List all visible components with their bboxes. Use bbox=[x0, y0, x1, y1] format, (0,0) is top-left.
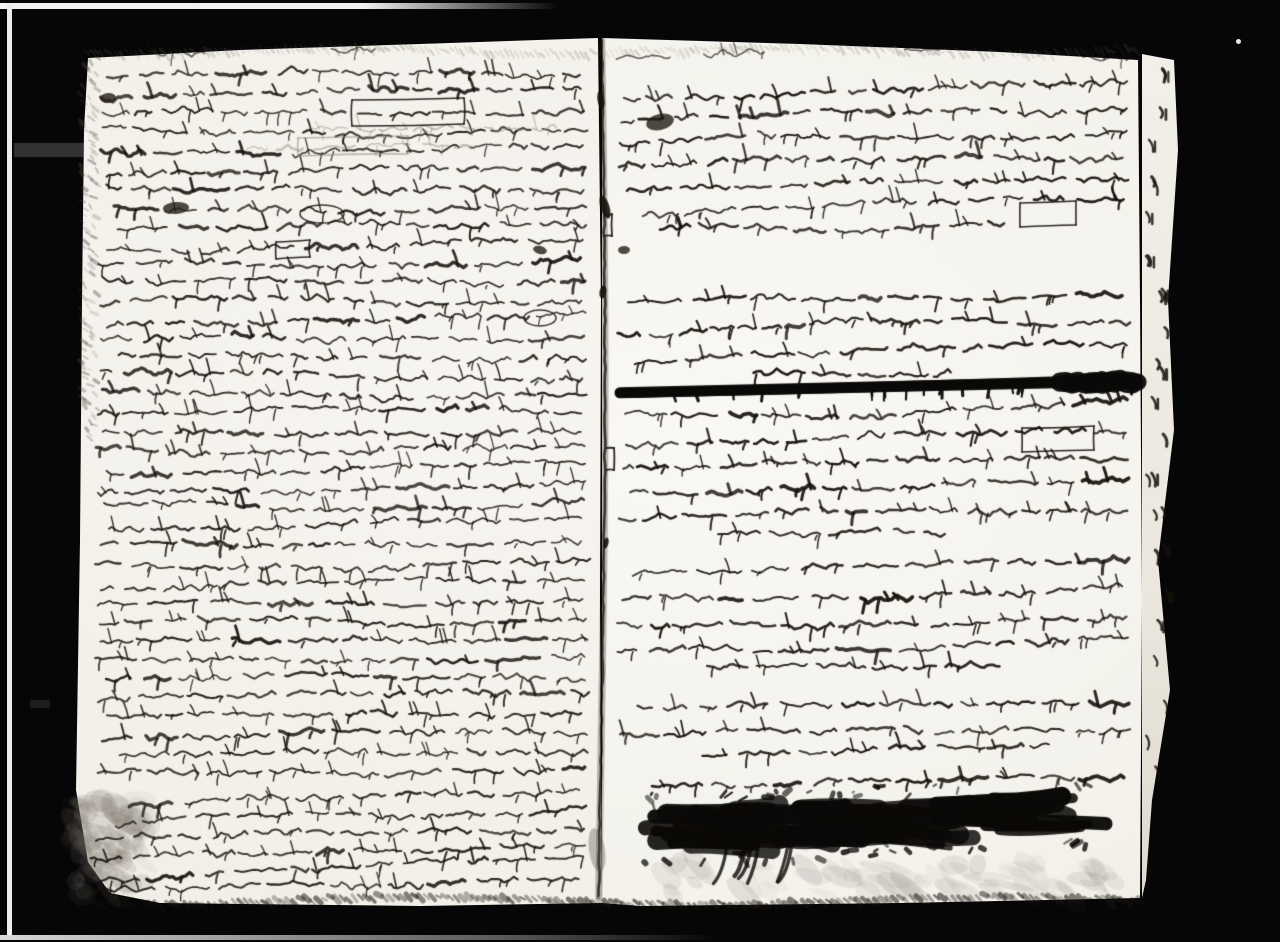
dust-speck bbox=[1236, 39, 1241, 44]
handwriting-canvas bbox=[0, 0, 1280, 942]
manuscript-photo bbox=[0, 0, 1280, 942]
